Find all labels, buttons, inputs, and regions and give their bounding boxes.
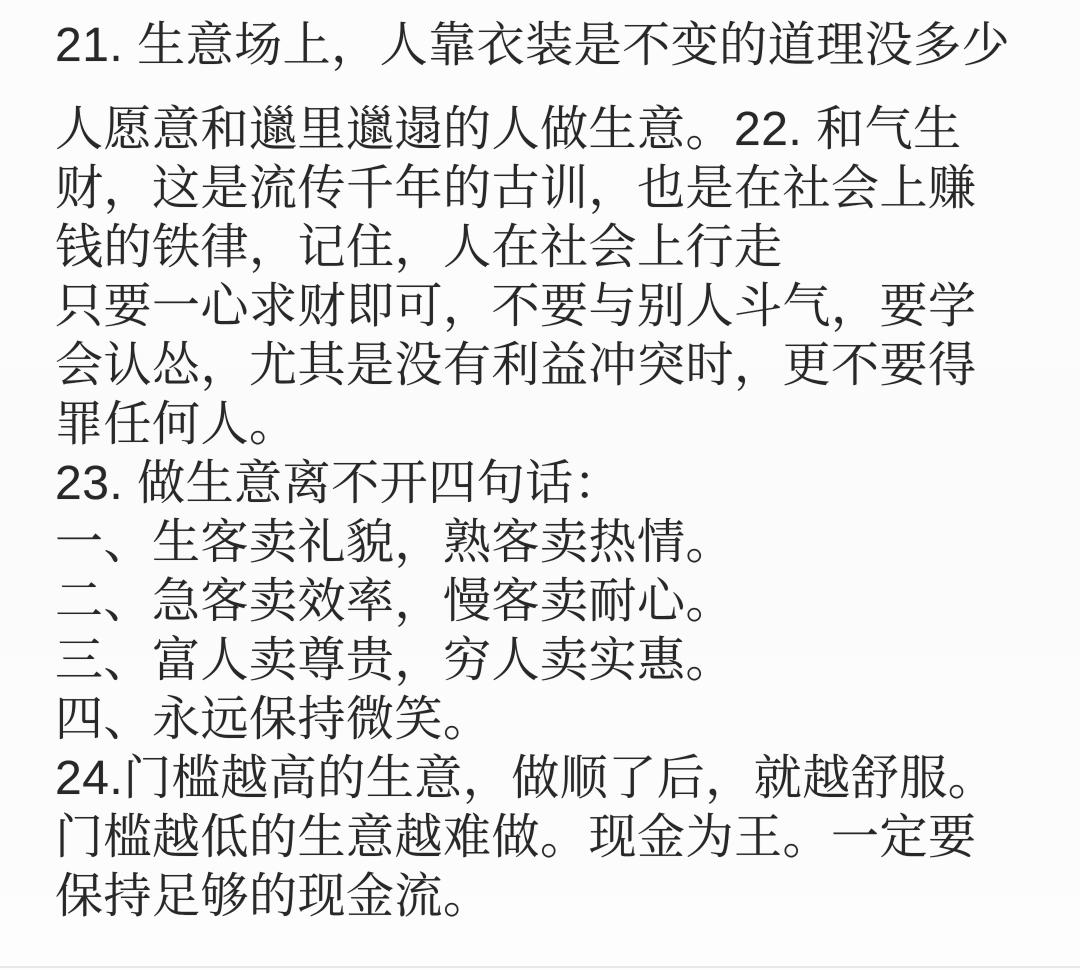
text-line: 财，这是流传千年的古训，也是在社会上赚 bbox=[55, 159, 1062, 218]
text-line: 三、富人卖尊贵，穷人卖实惠。 bbox=[55, 631, 1062, 690]
text-body: 21. 生意场上，人靠衣装是不变的道理没多少 人愿意和邋里邋遢的人做生意。22.… bbox=[55, 16, 1062, 926]
text-line: 会认怂，尤其是没有利益冲突时，更不要得 bbox=[55, 336, 1062, 395]
text-line: 23. 做生意离不开四句话： bbox=[55, 454, 1062, 513]
bottom-divider bbox=[0, 966, 1080, 968]
text-line: 保持足够的现金流。 bbox=[55, 867, 1062, 926]
text-line: 人愿意和邋里邋遢的人做生意。22. 和气生 bbox=[55, 100, 1062, 159]
text-line: 二、急客卖效率，慢客卖耐心。 bbox=[55, 572, 1062, 631]
text-line: 一、生客卖礼貌，熟客卖热情。 bbox=[55, 513, 1062, 572]
text-line: 只要一心求财即可，不要与别人斗气，要学 bbox=[55, 277, 1062, 336]
text-line: 24.门槛越高的生意，做顺了后，就越舒服。 bbox=[55, 749, 1062, 808]
text-line: 门槛越低的生意越难做。现金为王。一定要 bbox=[55, 808, 1062, 867]
text-line: 四、永远保持微笑。 bbox=[55, 690, 1062, 749]
text-line: 21. 生意场上，人靠衣装是不变的道理没多少 bbox=[55, 16, 1062, 75]
text-line: 钱的铁律，记住，人在社会上行走 bbox=[55, 218, 1062, 277]
text-line: 罪任何人。 bbox=[55, 395, 1062, 454]
document-page: 21. 生意场上，人靠衣装是不变的道理没多少 人愿意和邋里邋遢的人做生意。22.… bbox=[0, 0, 1080, 970]
